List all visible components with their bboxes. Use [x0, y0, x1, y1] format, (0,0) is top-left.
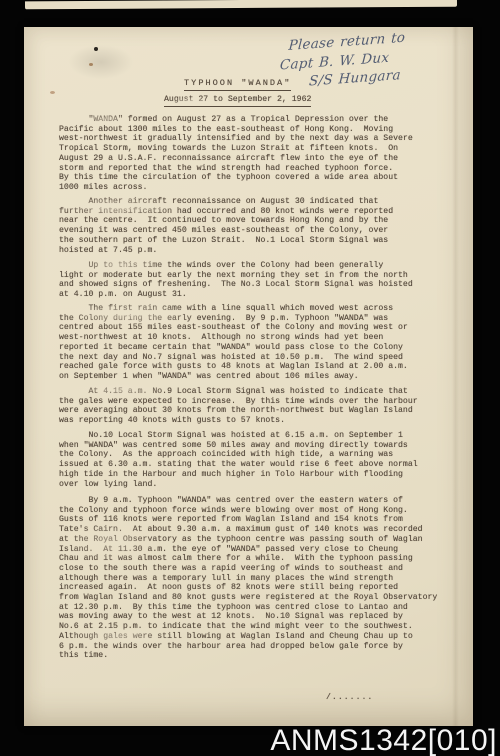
document-paragraph: Up to this time the winds over the Colon… [59, 261, 461, 300]
document-paragraph: No.10 Local Storm Signal was hoisted at … [59, 431, 461, 489]
adjacent-paper-edge [25, 0, 457, 9]
stain-speck-rust [89, 63, 93, 66]
document-title: TYPHOON "WANDA" [184, 79, 291, 91]
document-paragraph: Another aircraft reconnaissance on Augus… [59, 197, 461, 255]
archive-label: ANMS1342[010] [270, 726, 497, 756]
stain-speck-black [94, 47, 98, 51]
document-paragraph: "WANDA" formed on August 27 as a Tropica… [59, 115, 461, 193]
document-paragraph: At 4.15 a.m. No.9 Local Storm Signal was… [59, 387, 461, 426]
document-paragraph: The first rain came with a line squall w… [59, 304, 461, 382]
stain-smudge [58, 39, 144, 85]
document-page: Please return to Capt B. W. Dux S/S Hung… [24, 27, 473, 726]
handwritten-note: Please return to Capt B. W. Dux S/S Hung… [276, 25, 470, 102]
document-paragraph: By 9 a.m. Typhoon "WANDA" was centred ov… [59, 496, 461, 661]
continuation-mark: /....... [326, 693, 373, 703]
stain-speck-rust [50, 91, 55, 94]
document-subtitle: August 27 to September 2, 1962 [164, 95, 311, 107]
photo-backdrop: Please return to Capt B. W. Dux S/S Hung… [0, 0, 500, 756]
